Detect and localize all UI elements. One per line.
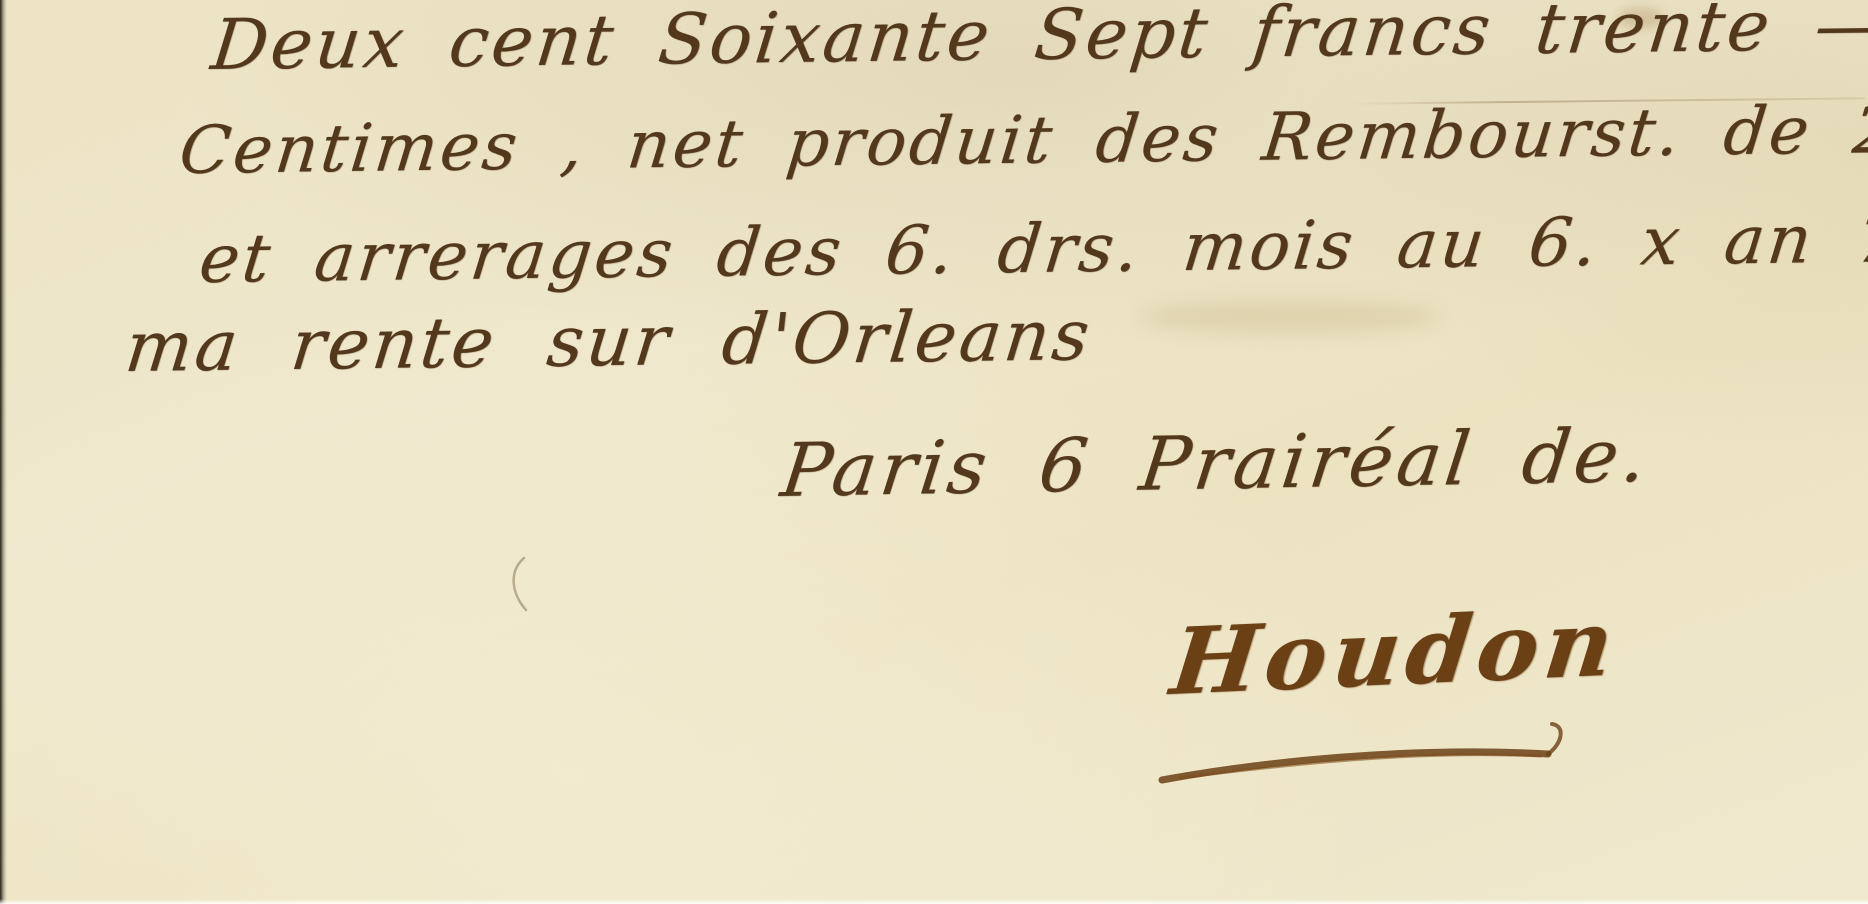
handwritten-line-3: et arrerages des 6. drs. mois au 6. x an… xyxy=(196,197,1868,298)
scan-edge-left xyxy=(0,0,7,904)
manuscript-page: Deux cent Soixante Sept francs trente ——… xyxy=(0,0,1868,904)
dateline: Paris 6 Prairéal de. xyxy=(777,413,1655,514)
signature: Houdon xyxy=(1166,589,1625,716)
handwritten-line-2: Centimes , net produit des Rembourst. de… xyxy=(176,88,1868,189)
handwritten-line-4: ma rente sur d'Orleans xyxy=(121,294,1096,388)
paper-pressed-area xyxy=(1140,300,1440,334)
handwritten-line-1: Deux cent Soixante Sept francs trente ——… xyxy=(207,0,1868,86)
scan-edge-bottom xyxy=(0,899,1868,904)
signature-underline-flourish xyxy=(1150,718,1580,808)
stray-pen-mark xyxy=(488,550,548,630)
